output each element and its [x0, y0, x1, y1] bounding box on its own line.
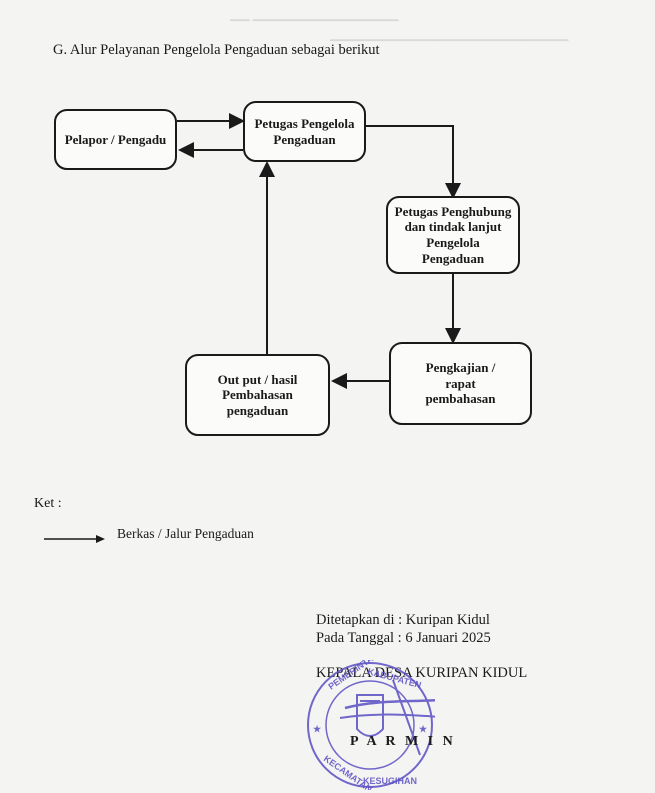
legend-label: Berkas / Jalur Pengaduan: [117, 526, 254, 542]
arrow-petugas-to-penghubung: [366, 126, 453, 197]
flow-node-pelapor: Pelapor / Pengadu: [54, 109, 177, 170]
place-line: Ditetapkan di : Kuripan Kidul: [316, 612, 490, 629]
flow-node-petugas-pengelola: Petugas Pengelola Pengaduan: [243, 101, 366, 162]
node-label: Pengkajian /: [425, 360, 495, 376]
svg-text:★: ★: [419, 724, 428, 734]
flow-node-output: Out put / hasil Pembahasan pengaduan: [185, 354, 330, 436]
flow-node-petugas-penghubung: Petugas Penghubung dan tindak lanjut Pen…: [386, 196, 520, 274]
legend-title: Ket :: [34, 496, 62, 512]
official-stamp-icon: PEMERINTAH KABUPATEN KECAMATAN KESUGIHAN…: [305, 660, 435, 790]
node-label: Pengelola: [395, 235, 512, 251]
node-label: Out put / hasil: [218, 372, 298, 388]
flow-node-pengkajian: Pengkajian / rapat pembahasan: [389, 342, 532, 425]
node-label: pembahasan: [425, 391, 495, 407]
node-label: Petugas Pengelola: [254, 116, 354, 132]
node-label: Petugas Penghubung: [395, 204, 512, 220]
node-label: Pengaduan: [395, 251, 512, 267]
node-label: Pembahasan: [218, 387, 298, 403]
legend-arrow-icon: [44, 534, 106, 544]
date-line: Pada Tanggal : 6 Januari 2025: [316, 630, 491, 647]
svg-text:KESUGIHAN: KESUGIHAN: [363, 776, 417, 786]
node-label: Pengaduan: [254, 132, 354, 148]
svg-text:★: ★: [313, 724, 322, 734]
node-label: dan tindak lanjut: [395, 219, 512, 235]
node-label: Pelapor / Pengadu: [65, 132, 167, 148]
node-label: pengaduan: [218, 403, 298, 419]
signatory-name: P A R M I N: [350, 734, 456, 750]
node-label: rapat: [425, 376, 495, 392]
